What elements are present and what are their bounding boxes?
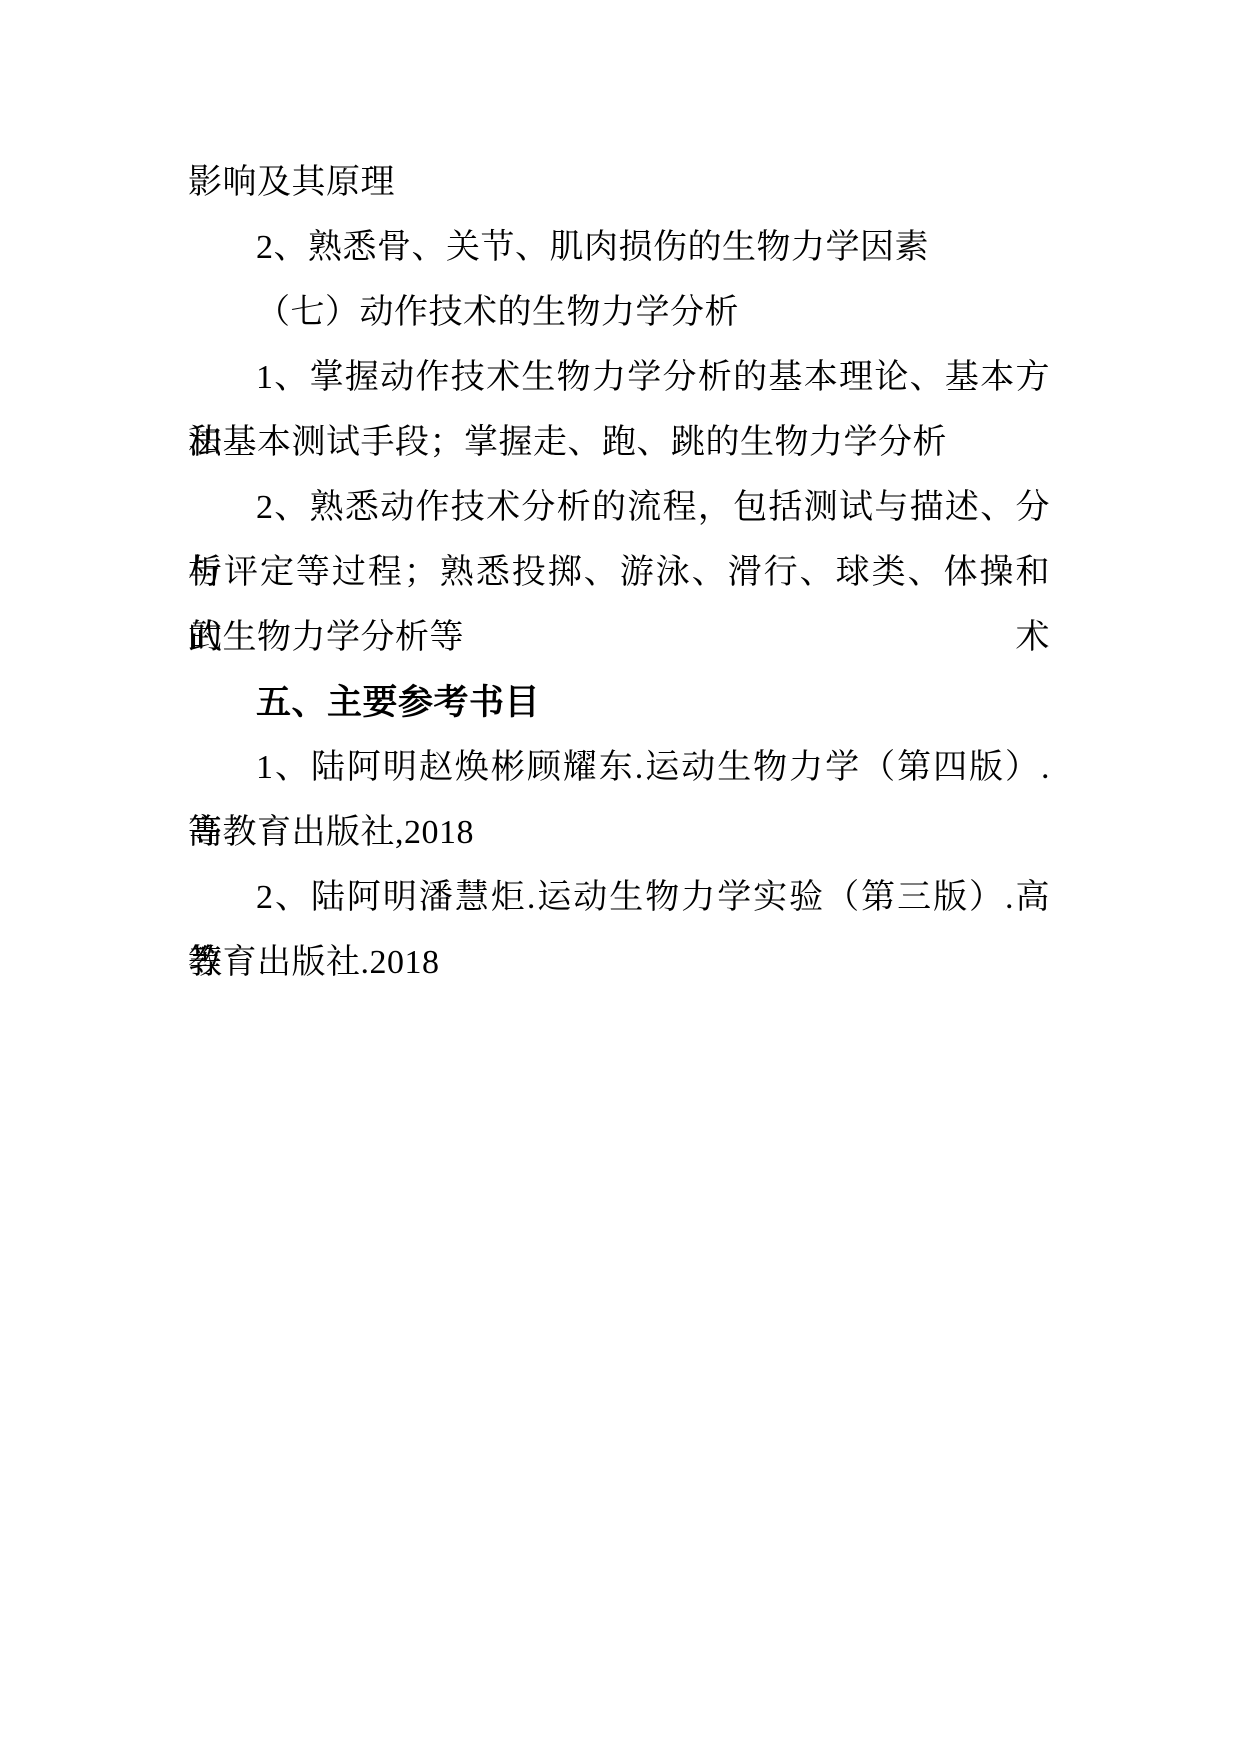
reference-line: 等教育出版社,2018 [188,800,1050,865]
body-text-line: 1、掌握动作技术生物力学分析的基本理论、基本方法 [188,345,1050,410]
body-text-line: 2、熟悉骨、关节、肌肉损伤的生物力学因素 [188,215,1050,280]
document-body: 影响及其原理 2、熟悉骨、关节、肌肉损伤的生物力学因素 （七）动作技术的生物力学… [188,150,1050,995]
document-page: 影响及其原理 2、熟悉骨、关节、肌肉损伤的生物力学因素 （七）动作技术的生物力学… [0,0,1240,1754]
section-heading: 五、主要参考书目 [188,670,1050,735]
body-text-line: 和基本测试手段；掌握走、跑、跳的生物力学分析 [188,410,1050,475]
reference-line: 教育出版社.2018 [188,930,1050,995]
body-text-line: 2、熟悉动作技术分析的流程，包括测试与描述、分析 [188,475,1050,540]
body-text-line: 与评定等过程；熟悉投掷、游泳、滑行、球类、体操和武术 [188,540,1050,605]
reference-line: 2、陆阿明潘慧炬.运动生物力学实验（第三版）.高等 [188,865,1050,930]
body-text-line: 影响及其原理 [188,150,1050,215]
reference-line: 1、陆阿明赵焕彬顾耀东.运动生物力学（第四版）.高 [188,735,1050,800]
subsection-heading-line: （七）动作技术的生物力学分析 [188,280,1050,345]
